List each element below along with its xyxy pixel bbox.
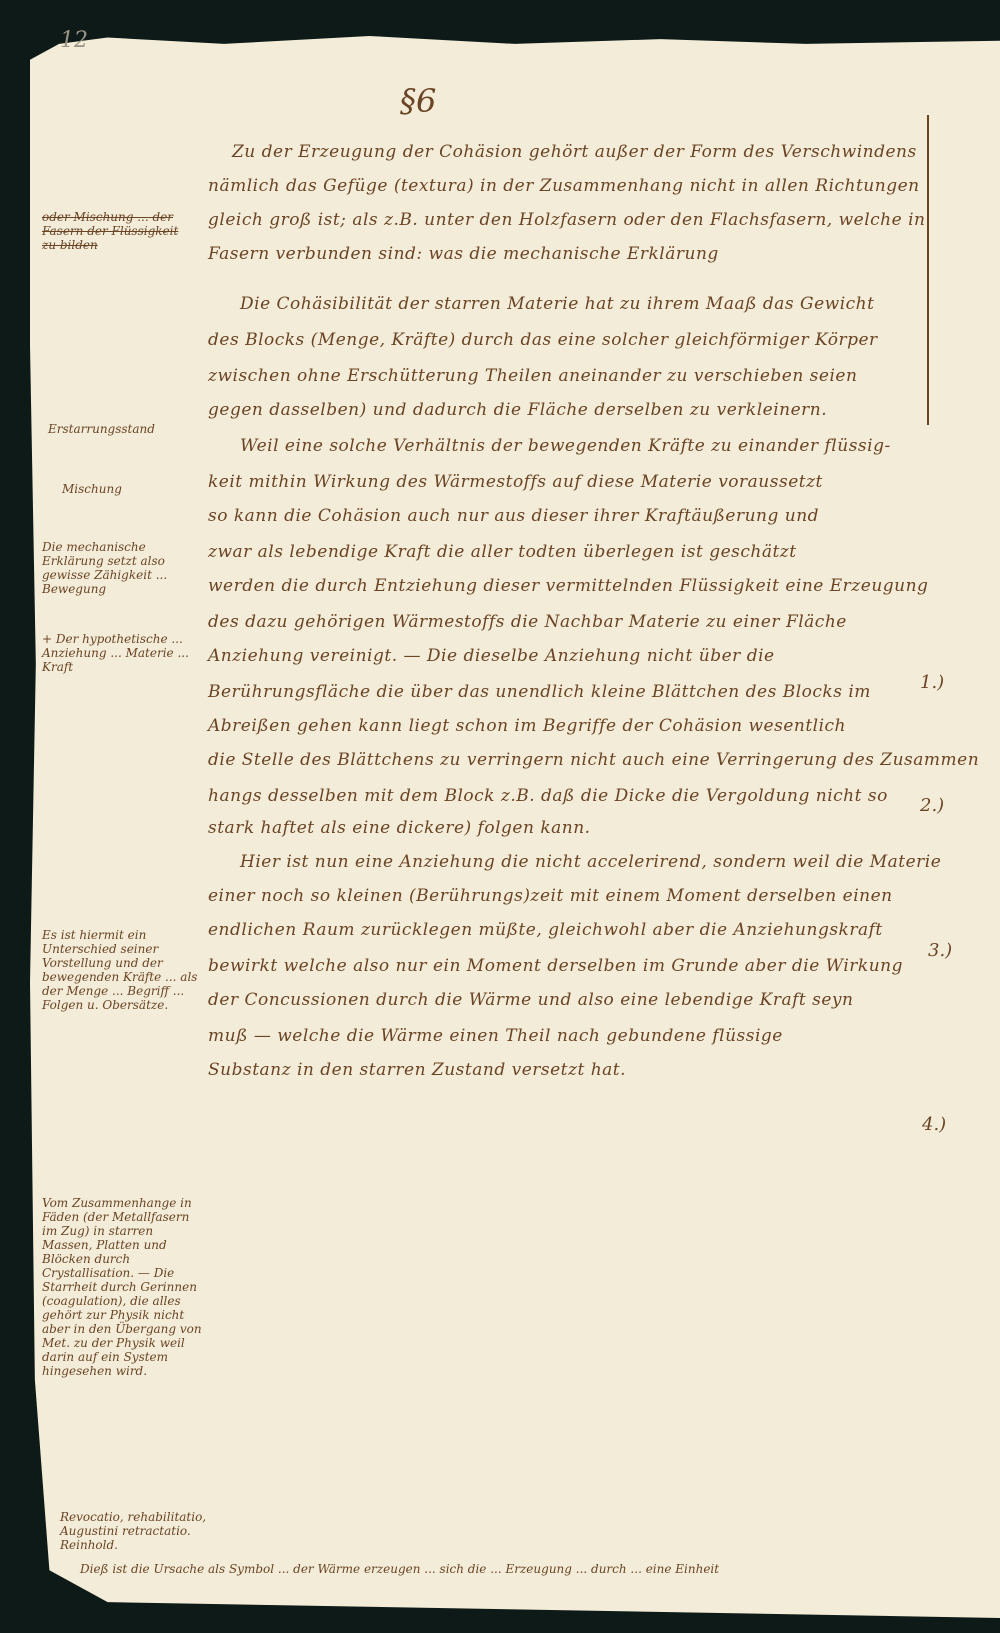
text-line: Substanz in den starren Zustand versetzt…	[208, 1060, 626, 1080]
text-line: zwar als lebendige Kraft die aller todte…	[208, 542, 797, 562]
margin-note: oder Mischung ... der Fasern der Flüssig…	[42, 210, 192, 252]
footer-note: Dieß ist die Ursache als Symbol ... der …	[80, 1562, 719, 1576]
margin-note: Revocatio, rehabilitatio, Augustini retr…	[60, 1510, 210, 1552]
margin-note: Es ist hiermit ein Unterschied seiner Vo…	[42, 928, 202, 1012]
text-line: muß — welche die Wärme einen Theil nach …	[208, 1026, 783, 1046]
text-line: hangs desselben mit dem Block z.B. daß d…	[208, 786, 888, 806]
text-line: die Stelle des Blättchens zu verringern …	[208, 750, 979, 770]
text-line: Weil eine solche Verhältnis der bewegend…	[240, 436, 891, 456]
text-line: endlichen Raum zurücklegen müßte, gleich…	[208, 920, 883, 940]
margin-note: Die mechanische Erklärung setzt also gew…	[42, 540, 202, 596]
text-line: gleich groß ist; als z.B. unter den Holz…	[208, 210, 925, 230]
margin-note: Vom Zusammenhange in Fäden (der Metallfa…	[42, 1196, 202, 1378]
text-line: gegen dasselben) und dadurch die Fläche …	[208, 400, 827, 420]
text-line: Hier ist nun eine Anziehung die nicht ac…	[240, 852, 941, 872]
text-line: der Concussionen durch die Wärme und als…	[208, 990, 853, 1010]
text-line: Abreißen gehen kann liegt schon im Begri…	[208, 716, 846, 736]
numbered-item: 1.)	[920, 672, 944, 693]
margin-rule	[927, 115, 929, 425]
text-line: einer noch so kleinen (Berührungs)zeit m…	[208, 886, 893, 906]
text-line: zwischen ohne Erschütterung Theilen anei…	[208, 366, 857, 386]
text-line: bewirkt welche also nur ein Moment derse…	[208, 956, 903, 976]
numbered-item: 4.)	[922, 1114, 946, 1135]
text-line: so kann die Cohäsion auch nur aus dieser…	[208, 506, 819, 526]
text-line: Berührungsfläche die über das unendlich …	[208, 682, 871, 702]
text-line: nämlich das Gefüge (textura) in der Zusa…	[208, 176, 920, 196]
text-line: des Blocks (Menge, Kräfte) durch das ein…	[208, 330, 878, 350]
text-line: Anziehung vereinigt. — Die dieselbe Anzi…	[208, 646, 775, 666]
text-line: Fasern verbunden sind: was die mechanisc…	[208, 244, 719, 264]
margin-note: Erstarrungsstand	[48, 422, 155, 436]
numbered-item: 3.)	[928, 940, 952, 961]
numbered-item: 2.)	[920, 795, 944, 816]
text-line: Zu der Erzeugung der Cohäsion gehört auß…	[232, 142, 917, 162]
text-line: keit mithin Wirkung des Wärmestoffs auf …	[208, 472, 823, 492]
margin-note: Mischung	[62, 482, 122, 496]
text-line: des dazu gehörigen Wärmestoffs die Nachb…	[208, 612, 847, 632]
text-line: stark haftet als eine dickere) folgen ka…	[208, 818, 591, 838]
section-heading: §6	[400, 82, 436, 120]
folio-number: 12	[60, 28, 88, 53]
text-line: Die Cohäsibilität der starren Materie ha…	[240, 294, 874, 314]
text-line: werden die durch Entziehung dieser vermi…	[208, 576, 928, 596]
margin-note: + Der hypothetische ... Anziehung ... Ma…	[42, 632, 202, 674]
